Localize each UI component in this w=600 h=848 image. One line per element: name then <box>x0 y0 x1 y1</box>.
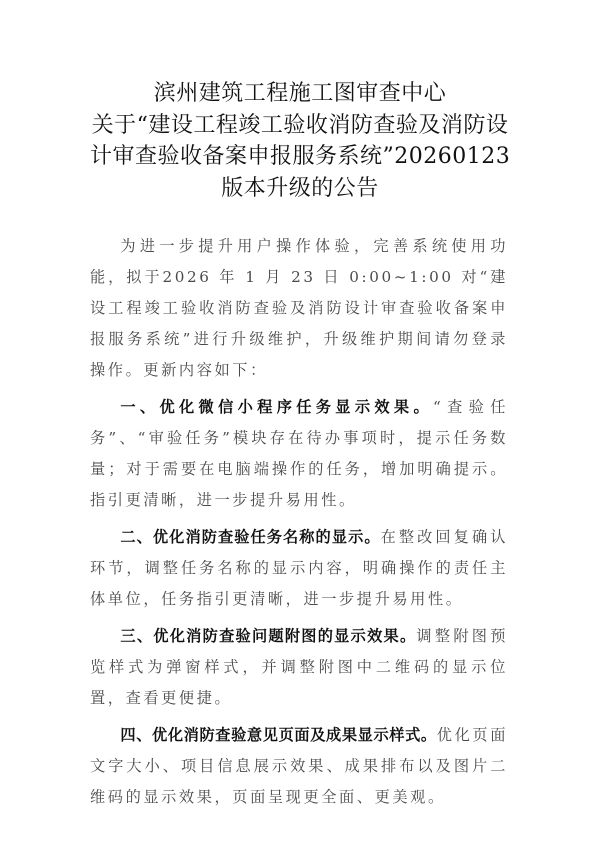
update-item-1: 一、优化微信小程序任务显示效果。“查验任务”、“审验任务”模块存在待办事项时，提… <box>90 392 508 516</box>
update-item-heading: 四、优化消防查验意见页面及成果显示样式。 <box>120 726 436 744</box>
update-item-4: 四、优化消防查验意见页面及成果显示样式。优化页面文字大小、项目信息展示效果、成果… <box>90 720 508 813</box>
update-item-2: 二、优化消防查验任务名称的显示。在整改回复确认环节，调整任务名称的显示内容，明确… <box>90 522 508 615</box>
title-line-2: 关于“建设工程竣工验收消防查验及消防设 <box>90 110 510 142</box>
title-line-organization: 滨州建筑工程施工图审查中心 <box>90 78 510 110</box>
update-item-3: 三、优化消防查验问题附图的显示效果。调整附图预览样式为弹窗样式，并调整附图中二维… <box>90 621 508 714</box>
title-line-4: 版本升级的公告 <box>90 173 510 205</box>
update-item-heading: 一、优化微信小程序任务显示效果。 <box>120 398 433 416</box>
announcement-title: 滨州建筑工程施工图审查中心 关于“建设工程竣工验收消防查验及消防设 计审查验收备… <box>90 78 510 204</box>
update-item-heading: 三、优化消防查验问题附图的显示效果。 <box>120 627 416 645</box>
title-line-3: 计审查验收备案申报服务系统”20260123 <box>90 141 510 173</box>
intro-paragraph: 为进一步提升用户操作体验，完善系统使用功能，拟于2026 年 1 月 23 日 … <box>90 231 508 386</box>
announcement-body: 为进一步提升用户操作体验，完善系统使用功能，拟于2026 年 1 月 23 日 … <box>90 231 508 813</box>
update-item-heading: 二、优化消防查验任务名称的显示。 <box>120 528 380 546</box>
document-page: 滨州建筑工程施工图审查中心 关于“建设工程竣工验收消防查验及消防设 计审查验收备… <box>0 0 600 848</box>
